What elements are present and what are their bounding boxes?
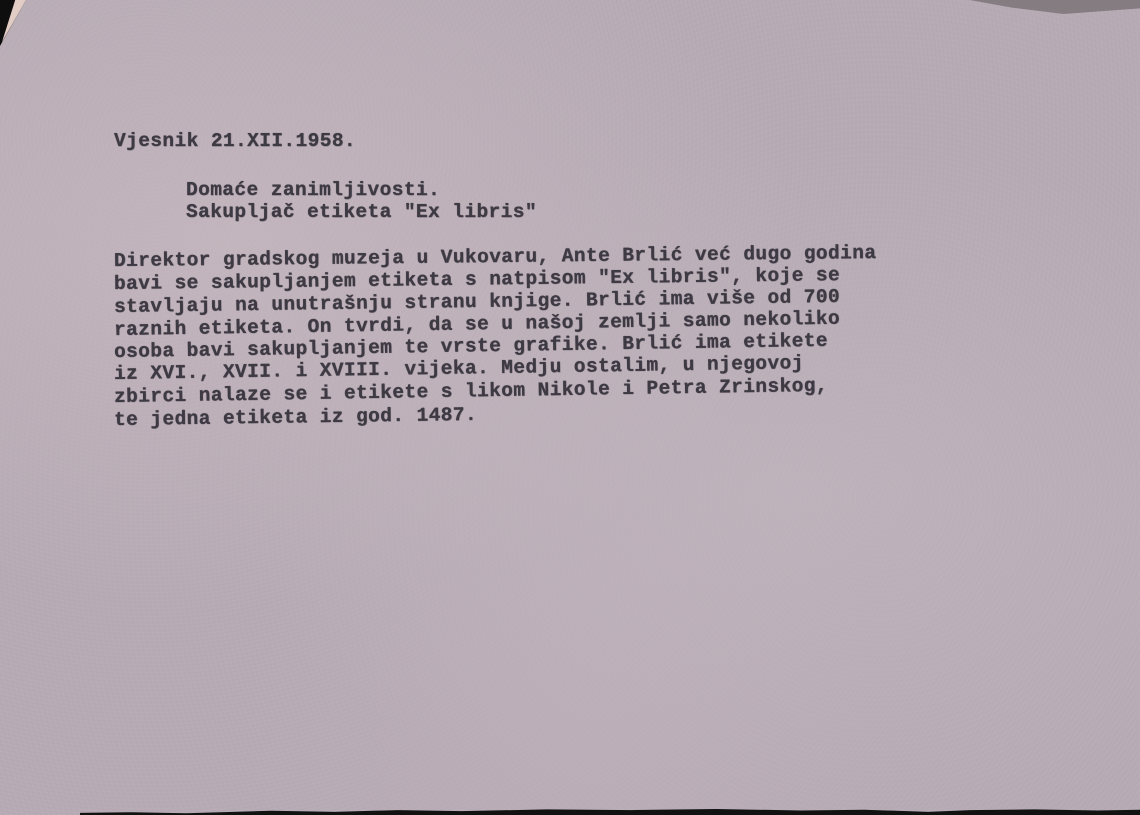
folded-corner-shadow (0, 0, 26, 46)
typewritten-document-page: Vjesnik 21.XII.1958. Domaće zanimljivost… (0, 0, 1140, 815)
torn-corner (970, 0, 1140, 14)
torn-bottom-edge (0, 805, 1140, 815)
article-title: Sakupljač etiketa "Ex libris" (186, 201, 537, 223)
article-body: Direktor gradskog muzeja u Vukovaru, Ant… (114, 250, 1014, 426)
newspaper-source-date: Vjesnik 21.XII.1958. (114, 130, 356, 152)
section-title: Domaće zanimljivosti. (186, 179, 440, 201)
